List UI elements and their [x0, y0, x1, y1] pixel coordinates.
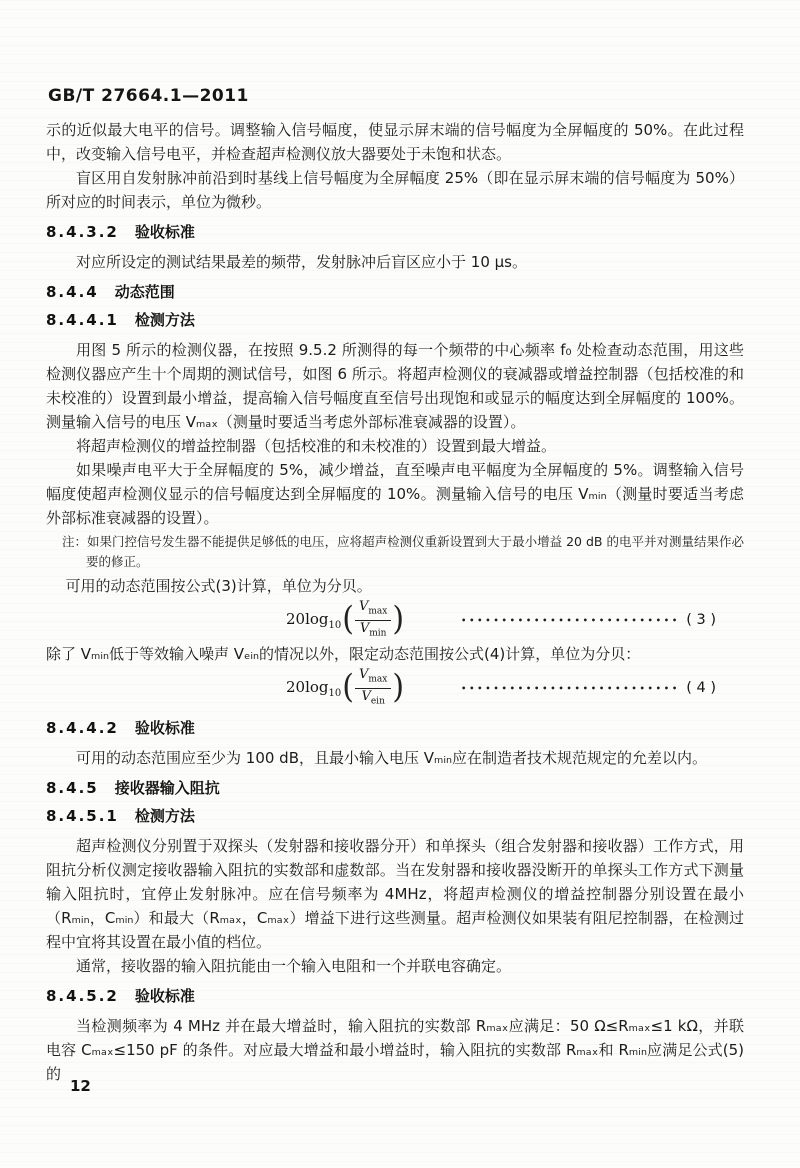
heading-title: 验收标准 — [135, 986, 195, 1006]
paragraph-formula4-intro: 除了 Vₘᵢₙ低于等效输入噪声 Vₑᵢₙ的情况以外，限定动态范围按公式(4)计算… — [46, 642, 744, 666]
heading-number: 8.4.3.2 — [46, 222, 119, 242]
fraction-numerator: Vmax — [355, 599, 391, 621]
equation-3-expression: 20log10 ( Vmax Vmin ) — [286, 599, 405, 641]
heading-8-4-4: 8.4.4 动态范围 — [46, 282, 744, 302]
heading-title: 检测方法 — [135, 310, 195, 330]
equation-3: 20log10 ( Vmax Vmin ) ••••••••••••••••••… — [46, 598, 744, 642]
heading-number: 8.4.5.2 — [46, 986, 119, 1006]
paragraph-acceptance-blind-zone: 对应所设定的测试结果最差的频带，发射脉冲后盲区应小于 10 μs。 — [46, 250, 744, 274]
heading-8-4-3-2: 8.4.3.2 验收标准 — [46, 222, 744, 242]
equation-number: ( 3 ) — [686, 612, 716, 628]
dot-leader: •••••••••••••••••••••••••••••••••••••••• — [461, 684, 678, 693]
log-term: 20log10 — [286, 678, 341, 699]
paragraph-input-impedance-acceptance: 当检测频率为 4 MHz 并在最大增益时，输入阻抗的实数部 Rₘₐₓ应满足：50… — [46, 1014, 744, 1086]
paragraph-input-impedance-method-2: 通常，接收器的输入阻抗能由一个输入电阻和一个并联电容确定。 — [46, 954, 744, 978]
document-page: GB/T 27664.1—2011 示的近似最大电平的信号。调整输入信号幅度，使… — [0, 0, 800, 1168]
paragraph-dynamic-range-method-2: 将超声检测仪的增益控制器（包括校准的和未校准的）设置到最大增益。 — [46, 434, 744, 458]
heading-title: 接收器输入阻抗 — [115, 778, 220, 798]
close-paren: ) — [391, 672, 405, 704]
paragraph-dynamic-range-method-3: 如果噪声电平大于全屏幅度的 5%，减少增益，直至噪声电平幅度为全屏幅度的 5%。… — [46, 458, 744, 530]
heading-number: 8.4.4.2 — [46, 718, 119, 738]
heading-8-4-5: 8.4.5 接收器输入阻抗 — [46, 778, 744, 798]
running-header: GB/T 27664.1—2011 — [48, 86, 249, 106]
fraction-numerator: Vmax — [355, 667, 391, 689]
fraction: Vmax Vein — [355, 667, 391, 709]
log-term: 20log10 — [286, 610, 341, 631]
heading-title: 验收标准 — [135, 718, 195, 738]
paragraph-formula3-intro: 可用的动态范围按公式(3)计算，单位为分贝。 — [46, 574, 744, 598]
heading-8-4-4-2: 8.4.4.2 验收标准 — [46, 718, 744, 738]
dot-leader: •••••••••••••••••••••••••••••••••••••••• — [461, 616, 678, 625]
heading-number: 8.4.5 — [46, 778, 99, 798]
note-gated-signal-generator: 注：如果门控信号发生器不能提供足够低的电压，应将超声检测仪重新设置到大于最小增益… — [46, 532, 744, 572]
fraction: Vmax Vmin — [355, 599, 391, 641]
fraction-denominator: Vein — [357, 689, 388, 710]
heading-number: 8.4.4.1 — [46, 310, 119, 330]
paragraph-dynamic-range-acceptance: 可用的动态范围应至少为 100 dB，且最小输入电压 Vₘᵢₙ应在制造者技术规范… — [46, 746, 744, 770]
heading-number: 8.4.4 — [46, 282, 99, 302]
page-number: 12 — [70, 1077, 91, 1095]
equation-4-expression: 20log10 ( Vmax Vein ) — [286, 667, 405, 709]
paragraph-input-impedance-method-1: 超声检测仪分别置于双探头（发射器和接收器分开）和单探头（组合发射器和接收器）工作… — [46, 834, 744, 954]
open-paren: ( — [341, 604, 355, 636]
page-content: 示的近似最大电平的信号。调整输入信号幅度，使显示屏末端的信号幅度为全屏幅度的 5… — [46, 118, 744, 1086]
heading-title: 动态范围 — [115, 282, 175, 302]
fraction-denominator: Vmin — [356, 621, 391, 642]
close-paren: ) — [391, 604, 405, 636]
equation-number: ( 4 ) — [686, 680, 716, 696]
heading-number: 8.4.5.1 — [46, 806, 119, 826]
heading-title: 检测方法 — [135, 806, 195, 826]
heading-8-4-5-2: 8.4.5.2 验收标准 — [46, 986, 744, 1006]
equation-4: 20log10 ( Vmax Vein ) ••••••••••••••••••… — [46, 666, 744, 710]
heading-title: 验收标准 — [135, 222, 195, 242]
paragraph-continued: 示的近似最大电平的信号。调整输入信号幅度，使显示屏末端的信号幅度为全屏幅度的 5… — [46, 118, 744, 166]
open-paren: ( — [341, 672, 355, 704]
paragraph-dynamic-range-method-1: 用图 5 所示的检测仪器，在按照 9.5.2 所测得的每一个频带的中心频率 f₀… — [46, 338, 744, 434]
heading-8-4-5-1: 8.4.5.1 检测方法 — [46, 806, 744, 826]
heading-8-4-4-1: 8.4.4.1 检测方法 — [46, 310, 744, 330]
paragraph-blind-zone: 盲区用自发射脉冲前沿到时基线上信号幅度为全屏幅度 25%（即在显示屏末端的信号幅… — [46, 166, 744, 214]
